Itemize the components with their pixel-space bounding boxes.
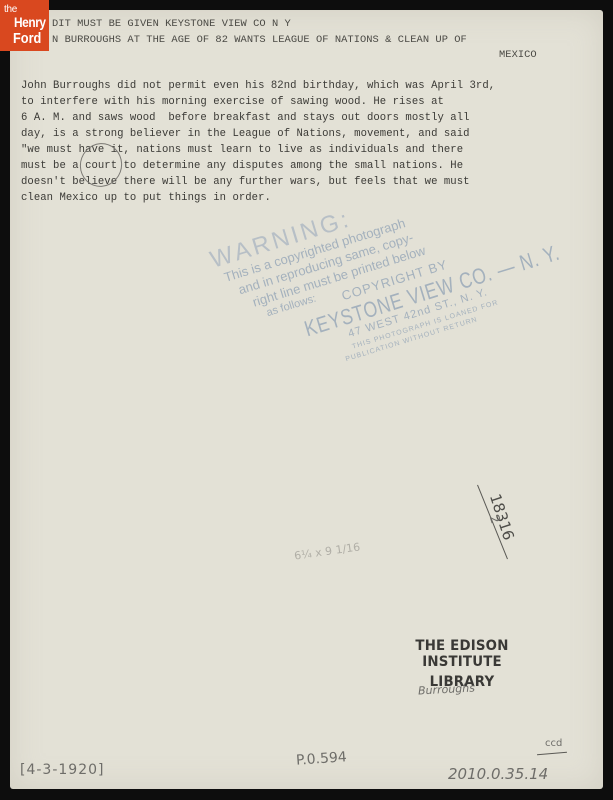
body-line: 6 A. M. and saws wood before breakfast a…: [21, 112, 470, 124]
credit-line: DIT MUST BE GIVEN KEYSTONE VIEW CO N Y: [52, 18, 291, 30]
body-line: John Burroughs did not permit even his 8…: [21, 80, 495, 92]
body-line: day, is a strong believer in the League …: [21, 128, 470, 140]
library-stamp-line1: THE EDISON INSTITUTE: [415, 638, 508, 670]
logo-ford: Ford: [13, 30, 41, 47]
accession-number: 2010.0.35.14: [448, 765, 548, 783]
headline-cont: MEXICO: [499, 49, 537, 61]
logo-henry: Henry: [14, 14, 46, 30]
initials-note: ccd: [545, 738, 562, 749]
body-line: clean Mexico up to put things in order.: [21, 192, 271, 204]
body-line: to interfere with his morning exercise o…: [21, 96, 444, 108]
headline: N BURROUGHS AT THE AGE OF 82 WANTS LEAGU…: [52, 34, 467, 46]
date-note: [4-3-1920]: [20, 762, 104, 778]
henry-ford-logo[interactable]: the Henry Ford: [0, 0, 49, 51]
